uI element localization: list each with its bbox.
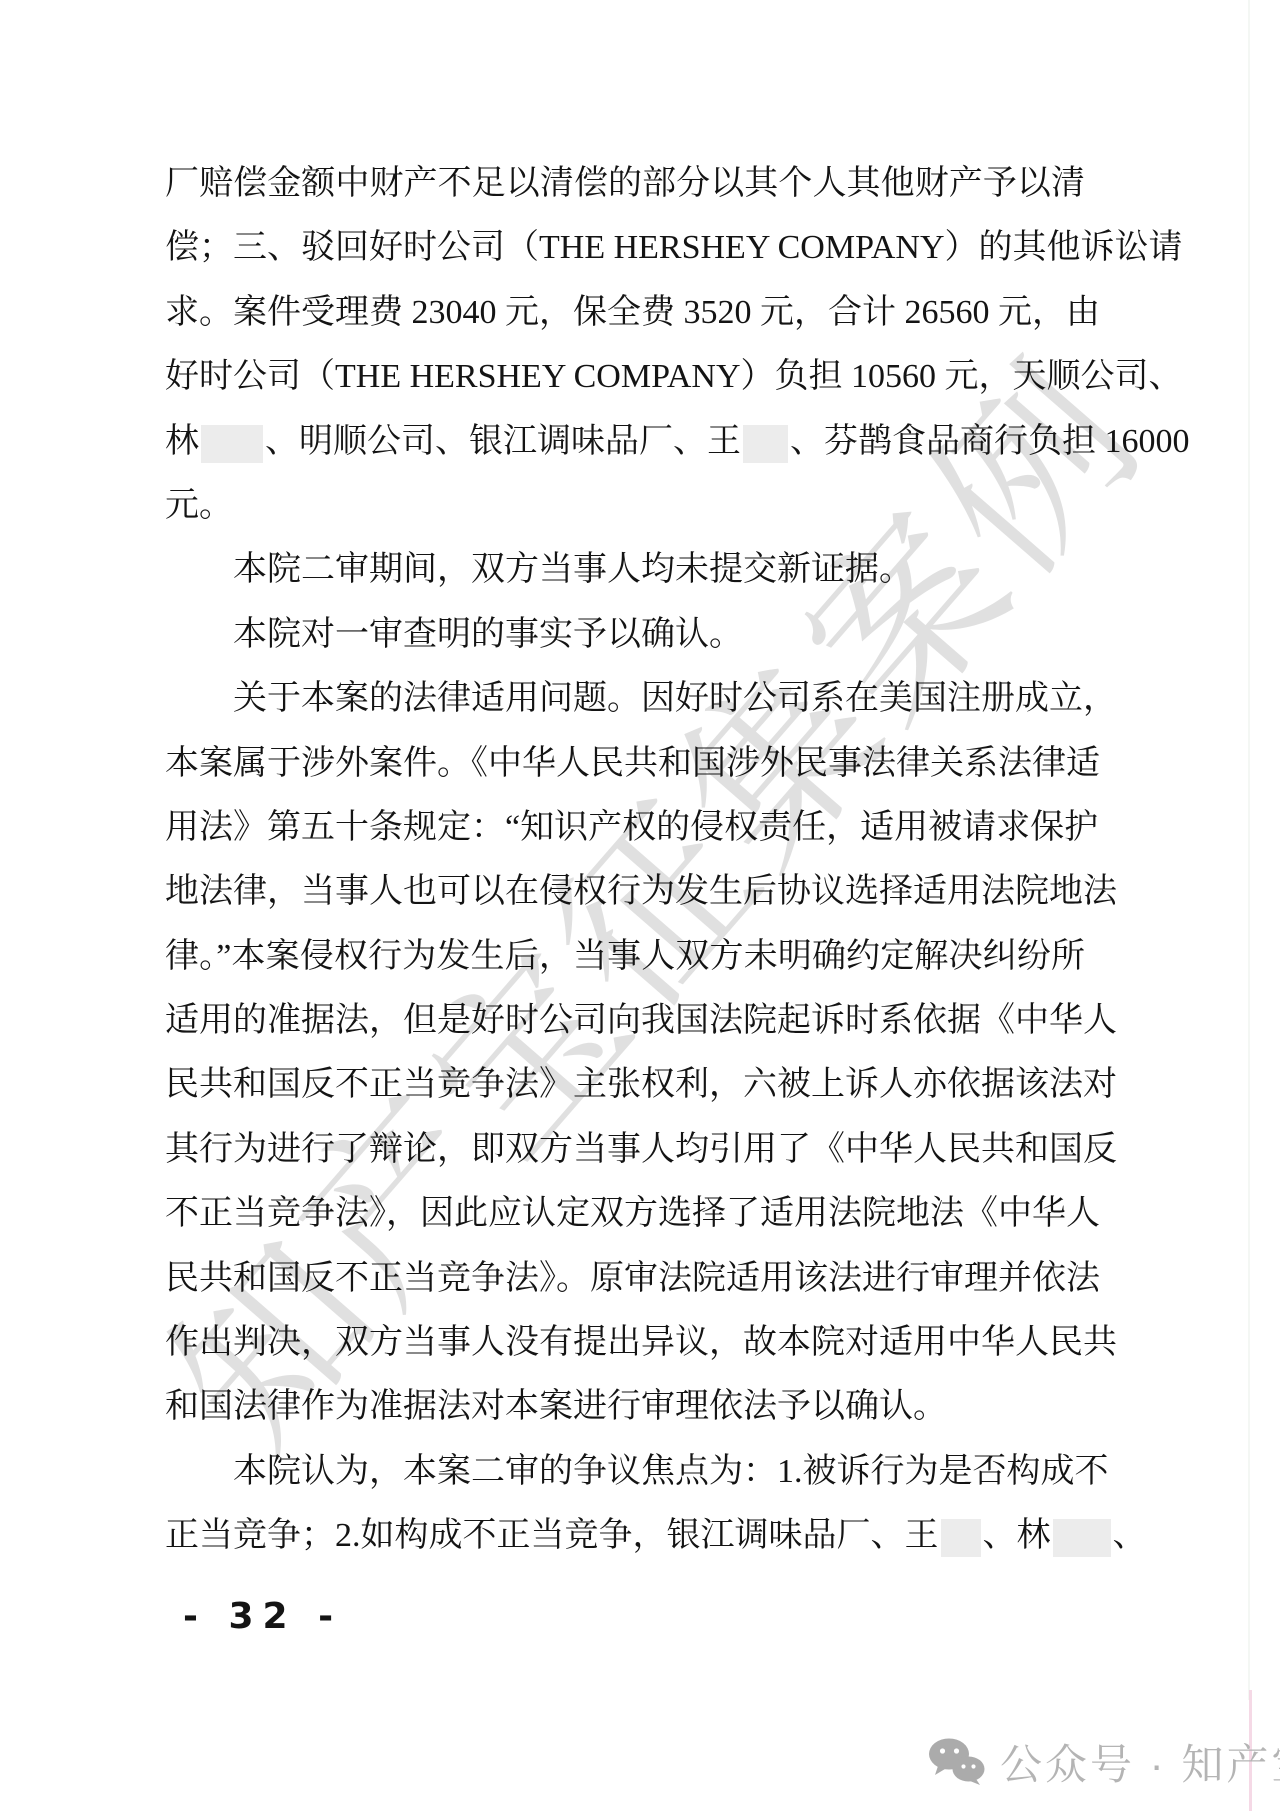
redaction-box	[201, 425, 263, 463]
text-line: 适用的准据法，但是好时公司向我国法院起诉时系依据《中华人	[165, 989, 1085, 1053]
redaction-box	[743, 425, 788, 463]
redaction-box	[1053, 1519, 1111, 1557]
footer: 公众号 · 知产宝	[928, 1732, 1280, 1792]
text-line: 好时公司（THE HERSHEY COMPANY）负担 10560 元，天顺公司…	[165, 345, 1085, 409]
document-body: 厂赔偿金额中财产不足以清偿的部分以其个人其他财产予以清偿；三、驳回好时公司（TH…	[165, 152, 1085, 1569]
text-line: 本院认为，本案二审的争议焦点为：1.被诉行为是否构成不	[165, 1440, 1085, 1504]
text-line: 和国法律作为准据法对本案进行审理依法予以确认。	[165, 1375, 1085, 1439]
text-line: 本院对一审查明的事实予以确认。	[165, 603, 1085, 667]
text-line: 求。案件受理费 23040 元，保全费 3520 元，合计 26560 元，由	[165, 281, 1085, 345]
wechat-icon	[928, 1738, 986, 1786]
text-line: 本案属于涉外案件。《中华人民共和国涉外民事法律关系法律适	[165, 732, 1085, 796]
text-line: 民共和国反不正当竞争法》主张权利，六被上诉人亦依据该法对	[165, 1053, 1085, 1117]
text-line: 偿；三、驳回好时公司（THE HERSHEY COMPANY）的其他诉讼请	[165, 216, 1085, 280]
text-line: 关于本案的法律适用问题。因好时公司系在美国注册成立，	[165, 667, 1085, 731]
text-line: 律。”本案侵权行为发生后，当事人双方未明确约定解决纠纷所	[165, 925, 1085, 989]
text-line: 厂赔偿金额中财产不足以清偿的部分以其个人其他财产予以清	[165, 152, 1085, 216]
text-line: 不正当竞争法》，因此应认定双方选择了适用法院地法《中华人	[165, 1182, 1085, 1246]
footer-label: 公众号 · 知产宝	[1000, 1732, 1280, 1792]
text-line: 正当竞争；2.如构成不正当竞争，银江调味品厂、王、林、	[165, 1504, 1085, 1568]
text-line: 用法》第五十条规定：“知识产权的侵权责任，适用被请求保护	[165, 796, 1085, 860]
text-line: 地法律，当事人也可以在侵权行为发生后协议选择适用法院地法	[165, 860, 1085, 924]
text-line: 民共和国反不正当竞争法》。原审法院适用该法进行审理并依法	[165, 1247, 1085, 1311]
text-line: 本院二审期间，双方当事人均未提交新证据。	[165, 538, 1085, 602]
text-line: 林、明顺公司、银江调味品厂、王、芬鹊食品商行负担 16000	[165, 410, 1085, 474]
scan-edge-line	[1248, 0, 1250, 1700]
text-line: 其行为进行了辩论，即双方当事人均引用了《中华人民共和国反	[165, 1118, 1085, 1182]
document-page: 知产宝征集案例 厂赔偿金额中财产不足以清偿的部分以其个人其他财产予以清偿；三、驳…	[0, 0, 1280, 1811]
text-line: 作出判决，双方当事人没有提出异议，故本院对适用中华人民共	[165, 1311, 1085, 1375]
redaction-box	[941, 1519, 981, 1557]
text-line: 元。	[165, 474, 1085, 538]
page-number: - 32 -	[183, 1596, 342, 1637]
